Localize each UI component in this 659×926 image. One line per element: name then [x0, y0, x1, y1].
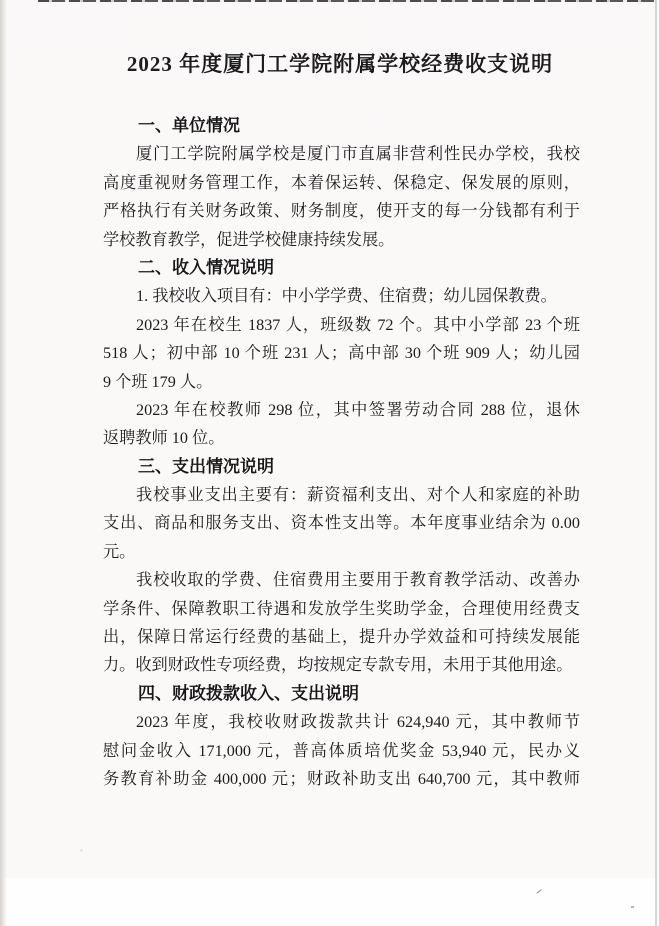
scanned-document-page: 2023 年度厦门工学院附属学校经费收支说明 一、单位情况厦门工学院附属学校是厦…	[0, 0, 659, 926]
document-body: 一、单位情况厦门工学院附属学校是厦门市直属非营利性民办学校，我校高度重视财务管理…	[103, 112, 580, 793]
text-line: 2023 年度，我校收财政拨款共计 624,940 元，其中教师节	[103, 708, 580, 736]
section-heading: 四、财政拨款收入、支出说明	[103, 680, 580, 708]
text-line: 高度重视财务管理工作，本着保运转、保稳定、保发展的原则，	[103, 169, 580, 197]
scan-bottom-strip	[0, 878, 659, 926]
section-heading: 三、支出情况说明	[103, 453, 580, 481]
scan-top-edge-artifact	[38, 0, 659, 2]
scan-left-edge-shadow	[0, 0, 7, 926]
text-line: 支出、商品和服务支出、资本性支出等。本年度事业结余为 0.00	[103, 509, 580, 537]
text-line: 我校事业支出主要有：薪资福利支出、对个人和家庭的补助	[103, 481, 580, 509]
text-line: 我校收取的学费、住宿费用主要用于教育教学活动、改善办	[103, 566, 580, 594]
text-line: 返聘教师 10 位。	[103, 424, 580, 452]
text-line: 2023 年在校教师 298 位，其中签署劳动合同 288 位，退休	[103, 396, 580, 424]
text-line: 9 个班 179 人。	[103, 368, 580, 396]
text-line: 2023 年在校生 1837 人，班级数 72 个。其中小学部 23 个班	[103, 311, 580, 339]
section-heading: 一、单位情况	[103, 112, 580, 140]
scan-speck	[631, 906, 634, 908]
text-line: 务教育补助金 400,000 元；财政补助支出 640,700 元，其中教师	[103, 765, 580, 793]
text-line: 学校教育教学，促进学校健康持续发展。	[103, 226, 580, 254]
text-line: 慰问金收入 171,000 元，普高体质培优奖金 53,940 元，民办义	[103, 737, 580, 765]
text-line: 元。	[103, 538, 580, 566]
section-heading: 二、收入情况说明	[103, 254, 580, 282]
text-line: 严格执行有关财务政策、财务制度，使开支的每一分钱都有利于	[103, 197, 580, 225]
text-line: 出，保障日常运行经费的基础上，提升办学效益和可持续发展能	[103, 623, 580, 651]
text-line: 力。收到财政性专项经费，均按规定专款专用，未用于其他用途。	[103, 651, 580, 679]
text-line: 518 人；初中部 10 个班 231 人；高中部 30 个班 909 人；幼儿…	[103, 339, 580, 367]
text-line: 1. 我校收入项目有：中小学学费、住宿费；幼儿园保教费。	[103, 282, 580, 310]
text-line: 学条件、保障教职工待遇和发放学生奖助学金，合理使用经费支	[103, 595, 580, 623]
text-line: 厦门工学院附属学校是厦门市直属非营利性民办学校，我校	[103, 140, 580, 168]
scan-speck	[80, 849, 83, 852]
document-title: 2023 年度厦门工学院附属学校经费收支说明	[90, 50, 590, 78]
